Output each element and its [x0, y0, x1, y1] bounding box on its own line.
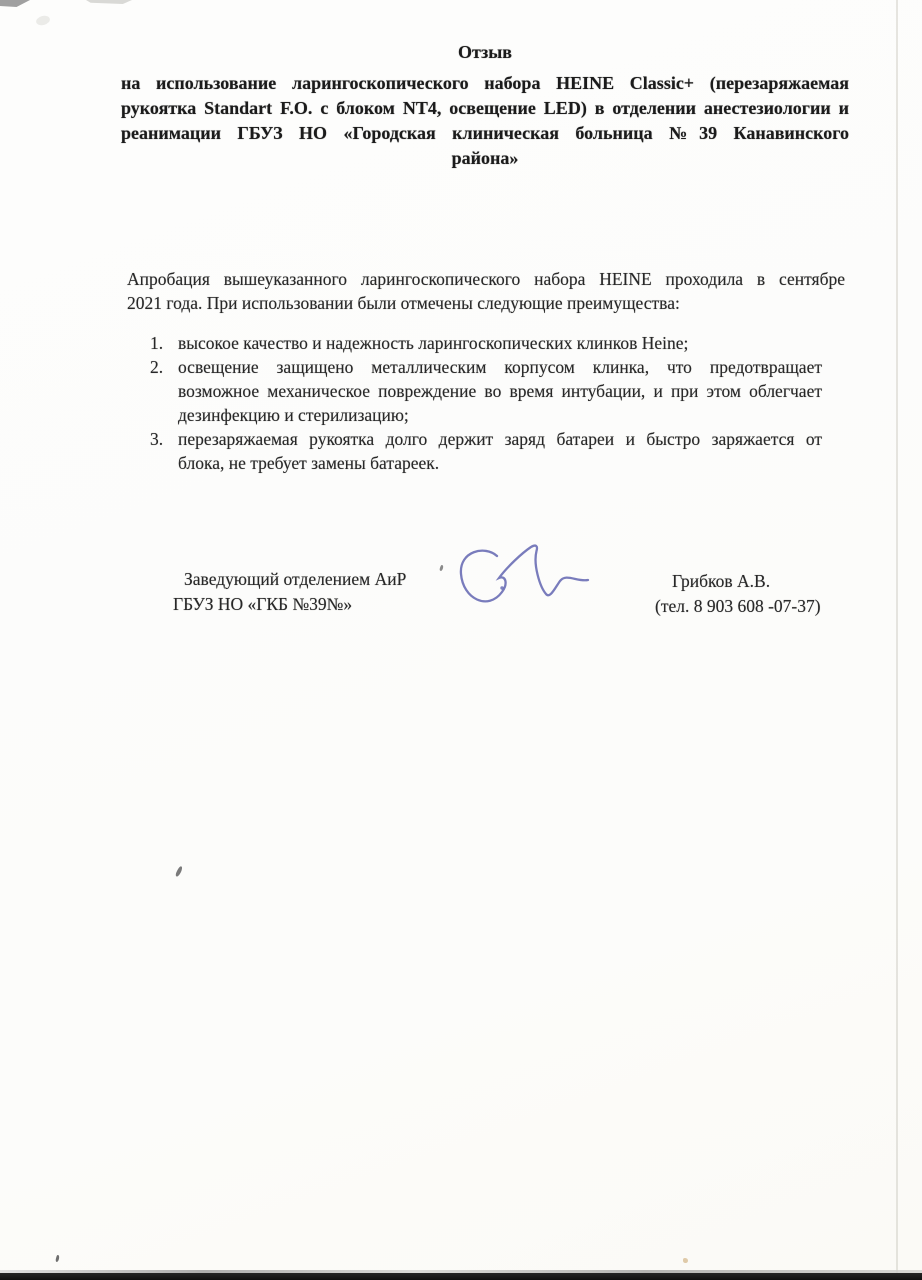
list-item-text: перезаряжаемая рукоятка долго держит зар… [178, 427, 822, 475]
scan-smudge [35, 14, 51, 26]
signature-stroke [461, 546, 588, 602]
list-item-text: высокое качество и надежность ларингоско… [178, 331, 822, 355]
list-item-number: 1. [150, 331, 178, 355]
list-item-text: освещение защищено металлическим корпусо… [178, 355, 822, 427]
document-title: Отзыв [121, 40, 849, 65]
scan-corner-artifact [86, 0, 132, 4]
scan-speck [683, 1258, 688, 1263]
list-item: 2. освещение защищено металлическим корп… [150, 355, 822, 427]
document-subtitle: на использование ларингоскопического наб… [121, 71, 849, 171]
signatory-position-line2: ГБУЗ НО «ГКБ №39№» [173, 592, 406, 617]
scanned-document-page: Отзыв на использование ларингоскопическо… [0, 0, 922, 1280]
signatory-phone-line: (тел. 8 903 608 -07-37) [655, 594, 821, 619]
list-item: 3. перезаряжаемая рукоятка долго держит … [150, 427, 822, 475]
signatory-position-line1: Заведующий отделением АиР [173, 567, 406, 592]
list-item-number: 2. [150, 355, 178, 379]
advantages-list: 1. высокое качество и надежность ларинго… [127, 331, 822, 475]
scan-speck [175, 866, 184, 878]
signature-ink-dot [500, 586, 503, 589]
page-fold-line [896, 0, 898, 1280]
signatory-name: Грибков А.В. (тел. 8 903 608 -07-37) [655, 569, 821, 619]
scan-bottom-edge [0, 1273, 922, 1280]
title-block: Отзыв на использование ларингоскопическо… [121, 40, 849, 171]
scan-corner-artifact [0, 0, 30, 7]
signatory-position: Заведующий отделением АиР ГБУЗ НО «ГКБ №… [173, 567, 406, 617]
handwritten-signature [430, 524, 600, 634]
list-item: 1. высокое качество и надежность ларинго… [150, 331, 822, 355]
list-item-number: 3. [150, 427, 178, 451]
scan-speck [55, 1255, 60, 1263]
signatory-name-line: Грибков А.В. [655, 569, 821, 594]
intro-paragraph: Апробация вышеуказанного ларингоскопичес… [127, 267, 845, 315]
